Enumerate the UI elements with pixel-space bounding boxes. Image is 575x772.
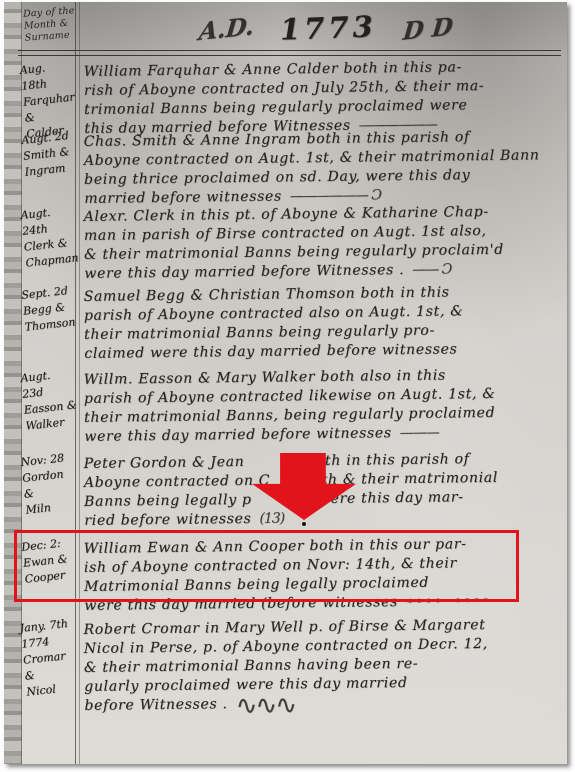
ink-flourish: ∿∿∿ [235, 690, 295, 721]
header-double-rule [18, 50, 561, 56]
entry-text: William Farquhar & Anne Calder both in t… [84, 57, 563, 139]
ink-flourish: —— Ɔ [412, 261, 451, 277]
entry-text: Chas. Smith & Anne Ingram both in this p… [84, 127, 563, 209]
entry-margin: Nov: 28Gordon &Miln [20, 449, 80, 518]
screenshot-frame: Day of the Month & Surname A.D. 1773 D D… [0, 0, 575, 772]
ink-flourish-left: A.D. [197, 10, 255, 45]
ink-flourish-right: D D [401, 11, 454, 46]
entry-margin: Augt. 24thClerk &Chapman [20, 202, 80, 271]
entry-text: Samuel Begg & Christian Thomson both in … [84, 282, 563, 364]
ink-flourish: (13) [259, 510, 284, 526]
entry-margin: Jany. 7th1774Cromar &Nicol [19, 615, 81, 700]
column-header: Day of the Month & Surname [23, 5, 77, 45]
ink-dot [302, 522, 306, 526]
entry-text-line: before Witnesses .∿∿∿ [84, 691, 562, 718]
ink-flourish: —————— Ɔ [290, 187, 381, 204]
entry-margin: Augt. 2dSmith &Ingram [21, 127, 80, 180]
entry-text: Alexr. Clerk in this pt. of Aboyne & Kat… [84, 202, 563, 284]
column-header-line: Surname [24, 29, 77, 45]
year-heading: 1773 [279, 9, 377, 46]
register-page-scan: Day of the Month & Surname A.D. 1773 D D… [4, 2, 567, 764]
highlight-box [14, 530, 519, 602]
page-binding-edge [4, 2, 22, 764]
ink-flourish: ——— [400, 425, 439, 441]
entry-text: Willm. Easson & Mary Walker both also in… [84, 365, 563, 447]
entry-margin: Sept. 2dBegg &Thomson [21, 282, 80, 335]
entry-margin: Augt. 23dEasson &Walker [20, 365, 80, 434]
entry-text: Robert Cromar in Mary Well p. of Birse &… [83, 615, 562, 718]
page-title-zone: A.D. 1773 D D [94, 6, 557, 50]
